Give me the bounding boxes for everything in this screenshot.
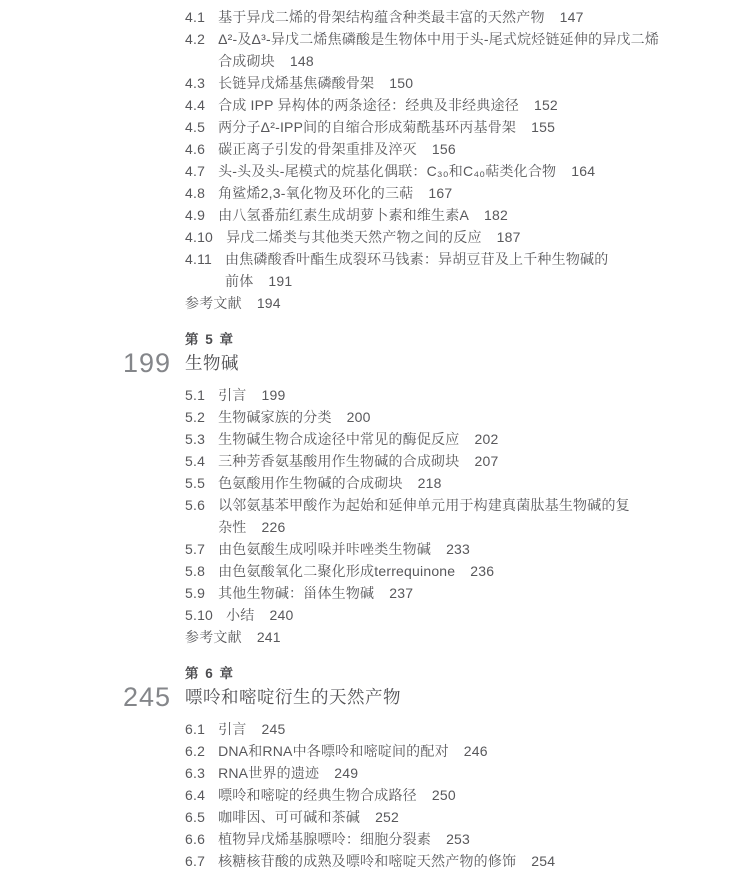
toc-item: 4.5两分子Δ²-IPP间的自缩合形成菊酰基环丙基骨架155 <box>185 116 674 138</box>
toc-item-title-line: DNA和RNA中各嘌呤和嘧啶间的配对 <box>218 743 449 759</box>
toc-item: 4.7头-头及头-尾模式的烷基化偶联：C₃₀和C₄₀萜类化合物164 <box>185 160 674 182</box>
toc-item-title: 咖啡因、可可碱和茶碱252 <box>218 806 399 828</box>
toc-item-title-line: 基于异戊二烯的骨架结构蕴含种类最丰富的天然产物 <box>218 9 545 25</box>
references-label: 参考文献 <box>185 626 242 648</box>
toc-item-title: 异戊二烯类与其他类天然产物之间的反应187 <box>226 226 521 248</box>
toc-item: 6.1引言245 <box>185 718 674 740</box>
toc-item-page: 246 <box>464 743 488 759</box>
toc-item-number: 5.1 <box>185 384 205 406</box>
toc-item-page: 252 <box>375 809 399 825</box>
toc-item-page: 240 <box>269 607 293 623</box>
references-row: 参考文献194 <box>185 292 674 314</box>
toc-item-title-line: 植物异戊烯基腺嘌呤：细胞分裂素 <box>218 831 431 847</box>
toc-item-number: 5.6 <box>185 494 205 516</box>
toc-item-title-line: 小结 <box>226 607 254 623</box>
toc-item-number: 5.8 <box>185 560 205 582</box>
toc-item-number: 4.1 <box>185 6 205 28</box>
toc-item-page: 233 <box>446 541 470 557</box>
toc-item-title: 三种芳香氨基酸用作生物碱的合成砌块207 <box>218 450 498 472</box>
chapter-title-row: 245嘌呤和嘧啶衍生的天然产物 <box>185 684 674 710</box>
toc-item-title-line: 生物碱家族的分类 <box>218 409 332 425</box>
toc-item-title-line: 杂性 <box>218 519 246 535</box>
toc-item-title: 小结240 <box>226 604 293 626</box>
toc-item-number: 5.5 <box>185 472 205 494</box>
toc-item-title: 由色氨酸氧化二聚化形成terrequinone236 <box>218 560 494 582</box>
toc-item-page: 187 <box>497 229 521 245</box>
toc-item: 4.9由八氢番茄红素生成胡萝卜素和维生素A182 <box>185 204 674 226</box>
toc-item-title-line: 头-头及头-尾模式的烷基化偶联：C₃₀和C₄₀萜类化合物 <box>218 163 556 179</box>
chapter-label: 第 6 章 <box>185 664 674 684</box>
toc-item: 6.6植物异戊烯基腺嘌呤：细胞分裂素253 <box>185 828 674 850</box>
toc-item-number: 4.5 <box>185 116 205 138</box>
toc-item-page: 207 <box>474 453 498 469</box>
toc-item-page: 250 <box>432 787 456 803</box>
toc-item-page: 236 <box>470 563 494 579</box>
toc-item-page: 254 <box>531 853 555 869</box>
references-page: 241 <box>257 626 281 648</box>
references-row: 参考文献241 <box>185 626 674 648</box>
toc-section: 第 5 章199生物碱5.1引言1995.2生物碱家族的分类2005.3生物碱生… <box>185 330 674 648</box>
toc-section: 4.1基于异戊二烯的骨架结构蕴含种类最丰富的天然产物1474.2Δ²-及Δ³-异… <box>185 6 674 314</box>
toc-item-title-line: Δ²-及Δ³-异戊二烯焦磷酸是生物体中用于头-尾式烷烃链延伸的异戊二烯 <box>218 31 659 47</box>
toc-item-number: 6.6 <box>185 828 205 850</box>
toc-item-page: 191 <box>268 273 292 289</box>
toc-item-title: 基于异戊二烯的骨架结构蕴含种类最丰富的天然产物147 <box>218 6 584 28</box>
chapter-title: 生物碱 <box>185 353 239 373</box>
toc-item-page: 202 <box>474 431 498 447</box>
toc-item-number: 6.2 <box>185 740 205 762</box>
toc-item-title: 核糖核苷酸的成熟及嘌呤和嘧啶天然产物的修饰254 <box>218 850 555 872</box>
toc-item-number: 6.1 <box>185 718 205 740</box>
toc-item-number: 4.10 <box>185 226 213 248</box>
chapter-page-number: 245 <box>123 684 171 710</box>
toc-item-page: 164 <box>571 163 595 179</box>
toc-item-number: 4.11 <box>185 248 212 270</box>
toc-item-page: 249 <box>334 765 358 781</box>
toc-item-number: 4.6 <box>185 138 205 160</box>
toc-item-number: 5.2 <box>185 406 205 428</box>
toc-item: 4.10异戊二烯类与其他类天然产物之间的反应187 <box>185 226 674 248</box>
toc-item-number: 6.3 <box>185 762 205 784</box>
toc-item-title: 两分子Δ²-IPP间的自缩合形成菊酰基环丙基骨架155 <box>218 116 555 138</box>
toc-item-page: 150 <box>389 75 413 91</box>
toc-item-title: 其他生物碱：甾体生物碱237 <box>218 582 413 604</box>
toc-item-title: RNA世界的遗迹249 <box>218 762 358 784</box>
toc-item-title-line: 两分子Δ²-IPP间的自缩合形成菊酰基环丙基骨架 <box>218 119 516 135</box>
toc-item-number: 5.4 <box>185 450 205 472</box>
references-page: 194 <box>257 292 281 314</box>
toc-item-page: 147 <box>560 9 584 25</box>
toc-item-page: 237 <box>389 585 413 601</box>
toc-item-number: 5.7 <box>185 538 205 560</box>
references-label: 参考文献 <box>185 292 242 314</box>
book-toc-page: 4.1基于异戊二烯的骨架结构蕴含种类最丰富的天然产物1474.2Δ²-及Δ³-异… <box>0 0 730 875</box>
toc-item: 5.4三种芳香氨基酸用作生物碱的合成砌块207 <box>185 450 674 472</box>
toc-item-title-line: 前体 <box>225 273 253 289</box>
chapter-header: 第 5 章199生物碱 <box>185 330 674 376</box>
toc-item-number: 4.3 <box>185 72 205 94</box>
toc-item-title: 长链异戊烯基焦磷酸骨架150 <box>218 72 413 94</box>
toc-item-number: 6.7 <box>185 850 205 872</box>
toc-item: 5.6以邻氨基苯甲酸作为起始和延伸单元用于构建真菌肽基生物碱的复杂性226 <box>185 494 674 538</box>
toc-item: 5.5色氨酸用作生物碱的合成砌块218 <box>185 472 674 494</box>
toc-item-page: 167 <box>428 185 452 201</box>
toc-item-title: 嘌呤和嘧啶的经典生物合成路径250 <box>218 784 456 806</box>
toc-item: 4.8角鲨烯2,3-氧化物及环化的三萜167 <box>185 182 674 204</box>
toc-item: 5.1引言199 <box>185 384 674 406</box>
toc-item-title-line: 碳正离子引发的骨架重排及淬灭 <box>218 141 417 157</box>
toc-item-title: 碳正离子引发的骨架重排及淬灭156 <box>218 138 456 160</box>
toc-item-title-line: 由色氨酸生成吲哚并咔唑类生物碱 <box>218 541 431 557</box>
toc-item-number: 6.4 <box>185 784 205 806</box>
toc-item-title: 由色氨酸生成吲哚并咔唑类生物碱233 <box>218 538 470 560</box>
toc-item-title: 由八氢番茄红素生成胡萝卜素和维生素A182 <box>218 204 508 226</box>
chapter-title-row: 199生物碱 <box>185 350 674 376</box>
toc-item-page: 200 <box>347 409 371 425</box>
toc-item-page: 245 <box>261 721 285 737</box>
toc-item-title-line: 生物碱生物合成途径中常见的酶促反应 <box>218 431 459 447</box>
toc-item-title: 色氨酸用作生物碱的合成砌块218 <box>218 472 442 494</box>
toc: 4.1基于异戊二烯的骨架结构蕴含种类最丰富的天然产物1474.2Δ²-及Δ³-异… <box>0 0 730 872</box>
toc-item-title-line: 异戊二烯类与其他类天然产物之间的反应 <box>226 229 482 245</box>
toc-item: 4.2Δ²-及Δ³-异戊二烯焦磷酸是生物体中用于头-尾式烷烃链延伸的异戊二烯合成… <box>185 28 674 72</box>
toc-item: 5.2生物碱家族的分类200 <box>185 406 674 428</box>
toc-item: 5.7由色氨酸生成吲哚并咔唑类生物碱233 <box>185 538 674 560</box>
toc-item-title-line: 由焦磷酸香叶酯生成裂环马钱素：异胡豆苷及上千种生物碱的 <box>225 251 608 267</box>
toc-item-page: 156 <box>432 141 456 157</box>
toc-item-title: 角鲨烯2,3-氧化物及环化的三萜167 <box>218 182 452 204</box>
toc-item-page: 155 <box>531 119 555 135</box>
toc-item-title-line: 角鲨烯2,3-氧化物及环化的三萜 <box>218 185 413 201</box>
toc-item-title: 以邻氨基苯甲酸作为起始和延伸单元用于构建真菌肽基生物碱的复杂性226 <box>218 494 630 538</box>
toc-item-title: 引言245 <box>218 718 285 740</box>
toc-item-page: 152 <box>534 97 558 113</box>
toc-item: 6.4嘌呤和嘧啶的经典生物合成路径250 <box>185 784 674 806</box>
toc-item-title: 生物碱生物合成途径中常见的酶促反应202 <box>218 428 498 450</box>
toc-item-title-line: 核糖核苷酸的成熟及嘌呤和嘧啶天然产物的修饰 <box>218 853 516 869</box>
toc-item: 4.11由焦磷酸香叶酯生成裂环马钱素：异胡豆苷及上千种生物碱的前体191 <box>185 248 674 292</box>
toc-item-title-line: 以邻氨基苯甲酸作为起始和延伸单元用于构建真菌肽基生物碱的复 <box>218 497 630 513</box>
toc-item-page: 182 <box>484 207 508 223</box>
toc-item-number: 5.10 <box>185 604 213 626</box>
toc-item-title-line: 咖啡因、可可碱和茶碱 <box>218 809 360 825</box>
toc-item-title-line: 三种芳香氨基酸用作生物碱的合成砌块 <box>218 453 459 469</box>
toc-item: 5.10小结240 <box>185 604 674 626</box>
toc-item: 4.4合成 IPP 异构体的两条途径：经典及非经典途径152 <box>185 94 674 116</box>
toc-item-page: 226 <box>261 519 285 535</box>
chapter-title: 嘌呤和嘧啶衍生的天然产物 <box>185 687 401 707</box>
toc-item-page: 218 <box>418 475 442 491</box>
toc-item-number: 6.5 <box>185 806 205 828</box>
toc-item-number: 4.8 <box>185 182 205 204</box>
toc-item-title-line: 长链异戊烯基焦磷酸骨架 <box>218 75 374 91</box>
toc-item-title: 头-头及头-尾模式的烷基化偶联：C₃₀和C₄₀萜类化合物164 <box>218 160 595 182</box>
chapter-header: 第 6 章245嘌呤和嘧啶衍生的天然产物 <box>185 664 674 710</box>
toc-item-title: 合成 IPP 异构体的两条途径：经典及非经典途径152 <box>218 94 558 116</box>
toc-item-page: 148 <box>290 53 314 69</box>
toc-item-number: 4.9 <box>185 204 205 226</box>
toc-item-title-line: RNA世界的遗迹 <box>218 765 319 781</box>
toc-item-title: Δ²-及Δ³-异戊二烯焦磷酸是生物体中用于头-尾式烷烃链延伸的异戊二烯合成砌块1… <box>218 28 659 72</box>
toc-item: 4.3长链异戊烯基焦磷酸骨架150 <box>185 72 674 94</box>
toc-item-number: 5.9 <box>185 582 205 604</box>
toc-item-title-line: 引言 <box>218 721 246 737</box>
toc-item: 6.3RNA世界的遗迹249 <box>185 762 674 784</box>
toc-item-title-line: 色氨酸用作生物碱的合成砌块 <box>218 475 403 491</box>
toc-item: 6.5咖啡因、可可碱和茶碱252 <box>185 806 674 828</box>
toc-item: 4.1基于异戊二烯的骨架结构蕴含种类最丰富的天然产物147 <box>185 6 674 28</box>
toc-item-number: 4.7 <box>185 160 205 182</box>
toc-item-title: 植物异戊烯基腺嘌呤：细胞分裂素253 <box>218 828 470 850</box>
toc-item: 6.7核糖核苷酸的成熟及嘌呤和嘧啶天然产物的修饰254 <box>185 850 674 872</box>
toc-item-title-line: 合成 IPP 异构体的两条途径：经典及非经典途径 <box>218 97 519 113</box>
toc-item: 4.6碳正离子引发的骨架重排及淬灭156 <box>185 138 674 160</box>
toc-item-title-line: 由八氢番茄红素生成胡萝卜素和维生素A <box>218 207 469 223</box>
toc-item: 5.8由色氨酸氧化二聚化形成terrequinone236 <box>185 560 674 582</box>
toc-item-title: DNA和RNA中各嘌呤和嘧啶间的配对246 <box>218 740 488 762</box>
toc-item-number: 4.2 <box>185 28 205 50</box>
toc-item-title-line: 由色氨酸氧化二聚化形成terrequinone <box>218 563 455 579</box>
chapter-label: 第 5 章 <box>185 330 674 350</box>
toc-item-title: 引言199 <box>218 384 285 406</box>
toc-item-title-line: 合成砌块 <box>218 53 275 69</box>
toc-item: 5.9其他生物碱：甾体生物碱237 <box>185 582 674 604</box>
toc-item-title-line: 嘌呤和嘧啶的经典生物合成路径 <box>218 787 417 803</box>
toc-item-title: 生物碱家族的分类200 <box>218 406 371 428</box>
toc-section: 第 6 章245嘌呤和嘧啶衍生的天然产物6.1引言2456.2DNA和RNA中各… <box>185 664 674 872</box>
toc-item-title: 由焦磷酸香叶酯生成裂环马钱素：异胡豆苷及上千种生物碱的前体191 <box>225 248 608 292</box>
toc-item-number: 5.3 <box>185 428 205 450</box>
toc-item-title-line: 其他生物碱：甾体生物碱 <box>218 585 374 601</box>
toc-item: 6.2DNA和RNA中各嘌呤和嘧啶间的配对246 <box>185 740 674 762</box>
chapter-page-number: 199 <box>123 350 171 376</box>
toc-item-page: 199 <box>261 387 285 403</box>
toc-item: 5.3生物碱生物合成途径中常见的酶促反应202 <box>185 428 674 450</box>
toc-item-title-line: 引言 <box>218 387 246 403</box>
toc-item-number: 4.4 <box>185 94 205 116</box>
toc-item-page: 253 <box>446 831 470 847</box>
